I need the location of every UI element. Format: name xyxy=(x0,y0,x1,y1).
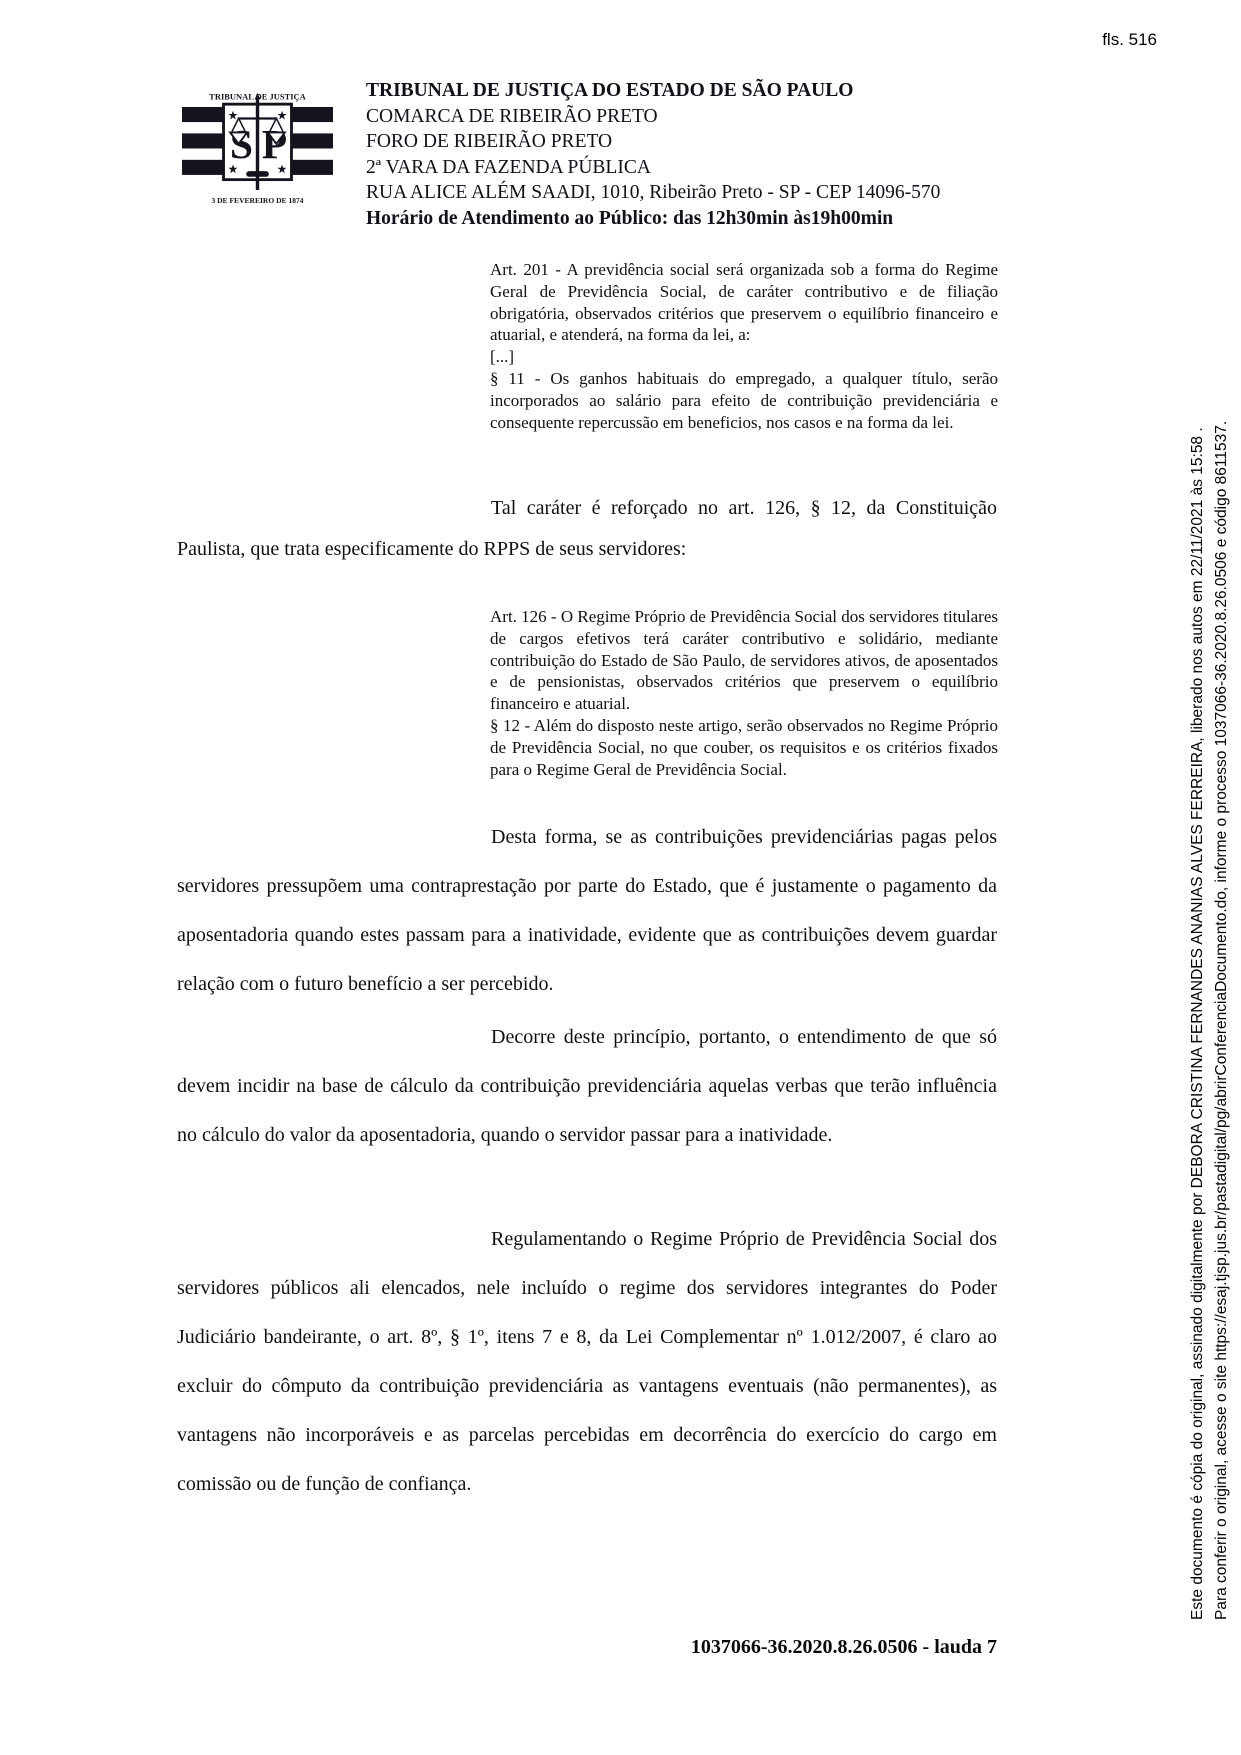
comarca-line: COMARCA DE RIBEIRÃO PRETO xyxy=(366,104,1025,130)
court-name: TRIBUNAL DE JUSTIÇA DO ESTADO DE SÃO PAU… xyxy=(366,78,1025,104)
logo-letter-p: P xyxy=(262,121,287,167)
quote-line: § 12 - Além do disposto neste artigo, se… xyxy=(490,715,998,780)
tjsp-coat-of-arms-icon: TRIBUNAL DE JUSTIÇA S P xyxy=(180,90,335,212)
body-paragraph-4: Regulamentando o Regime Próprio de Previ… xyxy=(177,1215,997,1509)
document-page: fls. 516 TRIBUNAL DE JUSTIÇA xyxy=(0,0,1241,1755)
body-paragraph-1: Tal caráter é reforçado no art. 126, § 1… xyxy=(177,488,997,570)
service-hours-line: Horário de Atendimento ao Público: das 1… xyxy=(366,206,1025,232)
quote-line: [...] xyxy=(490,346,998,368)
legal-quote-art-201: Art. 201 - A previdência social será org… xyxy=(490,259,998,433)
body-paragraph-2: Desta forma, se as contribuições previde… xyxy=(177,813,997,1009)
logo-bottom-text: 3 DE FEVEREIRO DE 1874 xyxy=(211,196,303,205)
vara-line: 2ª VARA DA FAZENDA PÚBLICA xyxy=(366,155,1025,181)
court-header: TRIBUNAL DE JUSTIÇA S P xyxy=(180,78,1025,231)
digital-signature-strip: Este documento é cópia do original, assi… xyxy=(1186,190,1234,1620)
body-paragraph-3: Decorre deste princípio, portanto, o ent… xyxy=(177,1013,997,1160)
signature-line-1: Este documento é cópia do original, assi… xyxy=(1186,190,1210,1620)
court-identification: TRIBUNAL DE JUSTIÇA DO ESTADO DE SÃO PAU… xyxy=(366,78,1025,231)
quote-line: Art. 201 - A previdência social será org… xyxy=(490,259,998,346)
address-line: RUA ALICE ALÉM SAADI, 1010, Ribeirão Pre… xyxy=(366,180,1025,206)
folio-number: fls. 516 xyxy=(1102,30,1157,50)
case-number-footer: 1037066-36.2020.8.26.0506 - lauda 7 xyxy=(177,1636,997,1659)
quote-line: § 11 - Os ganhos habituais do empregado,… xyxy=(490,368,998,433)
quote-line: Art. 126 - O Regime Próprio de Previdênc… xyxy=(490,606,998,715)
foro-line: FORO DE RIBEIRÃO PRETO xyxy=(366,129,1025,155)
signature-line-2: Para conferir o original, acesse o site … xyxy=(1210,190,1234,1620)
legal-quote-art-126: Art. 126 - O Regime Próprio de Previdênc… xyxy=(490,606,998,780)
